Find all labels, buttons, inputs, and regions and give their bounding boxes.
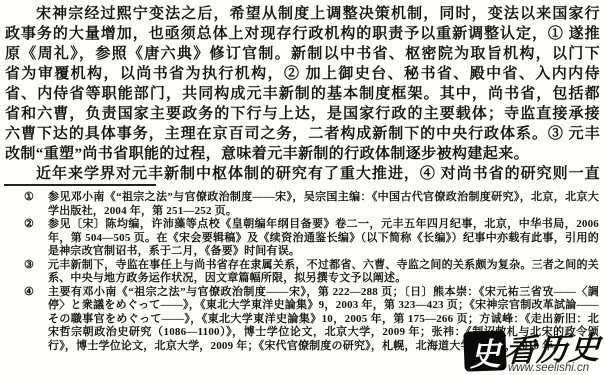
footnotes-section: ① 参见邓小南《“祖宗之法”与官僚政治制度——宋》，吴宗国主编：《中国古代官僚政… xyxy=(7,191,599,353)
body-text-line-1: 宋神宗经过熙宁变法之后，希望从制度上调整决策机制，同时，变法以来国家行 xyxy=(5,4,600,24)
footnote-2: ② 参见〔宋〕陈均编，许沛藻等点校《皇朝编年纲目备要》卷二一，元丰五年四月纪事，… xyxy=(7,218,599,259)
footnote-4: ④ 主要有邓小南《“祖宗之法”与官僚政治制度——宋》，第 222—288 页；〔… xyxy=(7,286,599,354)
footnote-separator xyxy=(4,184,156,186)
body-text-line-4: 省为审覆机构，以尚书省为执行机构，② 加上御史台、秘书省、殿中省、入内内侍 xyxy=(5,64,600,84)
footnote-text: 元丰新制下，寺监在事任上与尚书省存在隶属关系，不过都省、六曹、寺监之间的关系颇为… xyxy=(48,259,599,286)
footnote-text: 主要有邓小南《“祖宗之法”与官僚政治制度——宋》，第 222—288 页；〔日〕… xyxy=(48,286,599,354)
body-text-line-6: 省和六曹，负责国家主要政务的下行与上达，是国家行政的主要载体；寺监直接承接 xyxy=(5,104,600,124)
footnote-marker: ④ xyxy=(7,286,48,300)
body-text: 宋神宗经过熙宁变法之后，希望从制度上调整决策机制，同时，变法以来国家行 政事务的… xyxy=(5,4,600,184)
footnote-marker: ③ xyxy=(7,259,48,273)
body-text-line-5: 省、内侍省等职能部门，共同构成元丰新制的基本制度框架。其中，尚书省，包括都 xyxy=(5,84,600,104)
footnote-marker: ① xyxy=(7,191,48,205)
footnote-marker: ② xyxy=(7,218,48,232)
watermark-url: www.seelishi.cn xyxy=(508,362,589,374)
body-text-line-8: 改制“重塑”尚书省职能的过程，意味着元丰新制的行政体制逐步被构建起来。 xyxy=(5,144,600,164)
body-text-line-7: 六曹下达的具体事务，主理在京百司之务，二者构成新制下的中央行政体系。③ 元丰 xyxy=(5,124,600,144)
footnote-text: 参见邓小南《“祖宗之法”与官僚政治制度——宋》，吴宗国主编：《中国古代官僚政治制… xyxy=(48,191,599,218)
footnote-1: ① 参见邓小南《“祖宗之法”与官僚政治制度——宋》，吴宗国主编：《中国古代官僚政… xyxy=(7,191,599,218)
body-text-line-2: 政事务的大量增加，也亟须总体上对现存行政机构的职责予以重新调整认定，① 遂推 xyxy=(5,24,600,44)
body-text-line-3: 原《周礼》，参照《唐六典》修订官制。新制以中书省、枢密院为取旨机构，以门下 xyxy=(5,44,600,64)
document-page: 宋神宗经过熙宁变法之后，希望从制度上调整决策机制，同时，变法以来国家行 政事务的… xyxy=(0,0,605,375)
footnote-text: 参见〔宋〕陈均编，许沛藻等点校《皇朝编年纲目备要》卷二一，元丰五年四月纪事，北京… xyxy=(48,218,599,259)
footnote-3: ③ 元丰新制下，寺监在事任上与尚书省存在隶属关系，不过都省、六曹、寺监之间的关系… xyxy=(7,259,599,286)
body-text-line-9: 近年来学界对元丰新制中枢体制的研究有了重大推进，④ 对尚书省的研究则一直 xyxy=(5,164,600,184)
